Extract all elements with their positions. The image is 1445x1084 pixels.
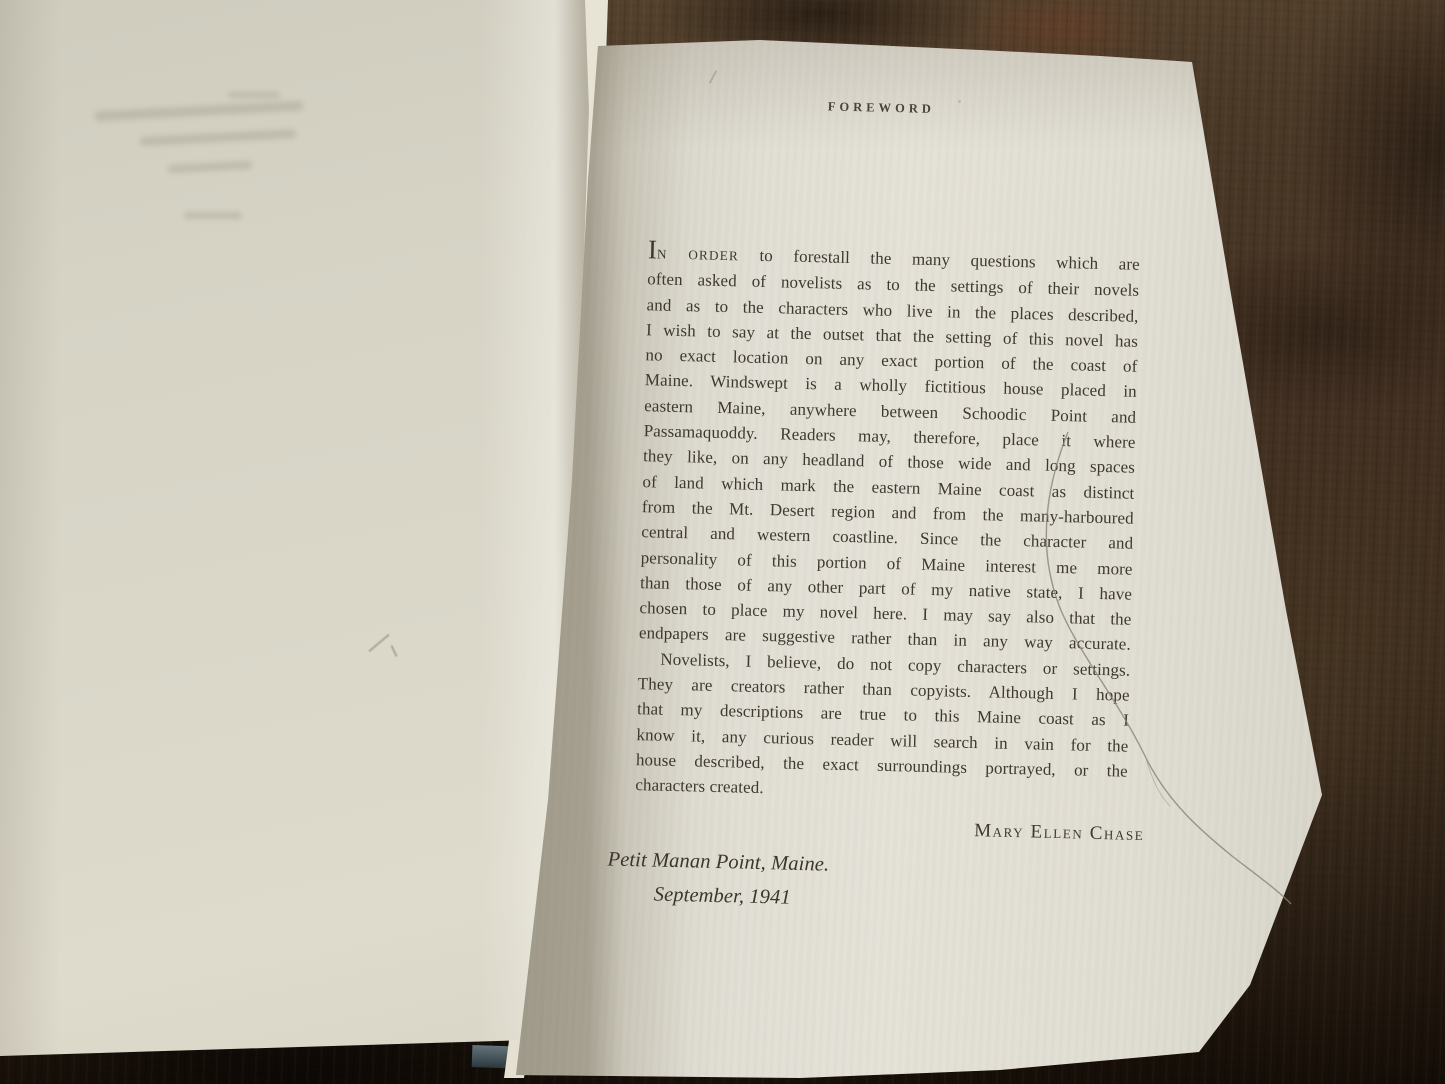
bleed-through-text-smudge <box>140 129 296 146</box>
printed-text-block: FOREWORD IN ORDER to forestall the many … <box>578 78 1165 923</box>
paper-crease-mark <box>368 634 389 652</box>
foreword-paragraphs: IN ORDER to forestall the many questions… <box>632 240 1140 922</box>
opening-small-caps: N ORDER <box>657 246 739 263</box>
author-signature: Mary Ellen Chase <box>634 810 1144 847</box>
paper-crease-mark <box>391 645 398 657</box>
place-date-block: Petit Manan Point, Maine. September, 194… <box>606 842 1125 922</box>
bleed-through-text-smudge <box>168 161 252 173</box>
book-photo: FOREWORD IN ORDER to forestall the many … <box>0 0 1445 1084</box>
bleed-through-text-smudge <box>184 212 242 219</box>
bleed-through-text-smudge <box>95 101 303 122</box>
bleed-through-text-smudge <box>228 92 280 98</box>
